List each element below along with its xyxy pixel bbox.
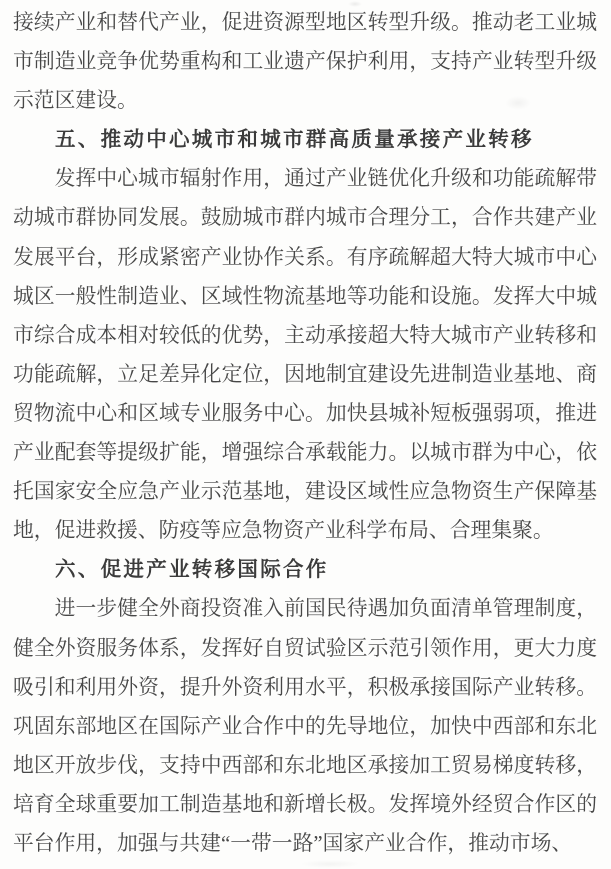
- section-heading-6: 六、促进产业转移国际合作: [13, 550, 597, 589]
- document-page: 接续产业和替代产业，促进资源型地区转型升级。推动老工业城市制造业竞争优势重构和工…: [0, 0, 611, 869]
- paragraph-section-5: 发挥中心城市辐射作用，通过产业链优化升级和功能疏解带动城市群协同发展。鼓励城市群…: [13, 159, 597, 550]
- document-content: 接续产业和替代产业，促进资源型地区转型升级。推动老工业城市制造业竞争优势重构和工…: [13, 3, 597, 863]
- section-heading-5: 五、推动中心城市和城市群高质量承接产业转移: [13, 120, 597, 159]
- paragraph-continuation: 接续产业和替代产业，促进资源型地区转型升级。推动老工业城市制造业竞争优势重构和工…: [13, 3, 597, 120]
- paragraph-section-6: 进一步健全外商投资准入前国民待遇加负面清单管理制度，健全外资服务体系，发挥好自贸…: [13, 589, 597, 863]
